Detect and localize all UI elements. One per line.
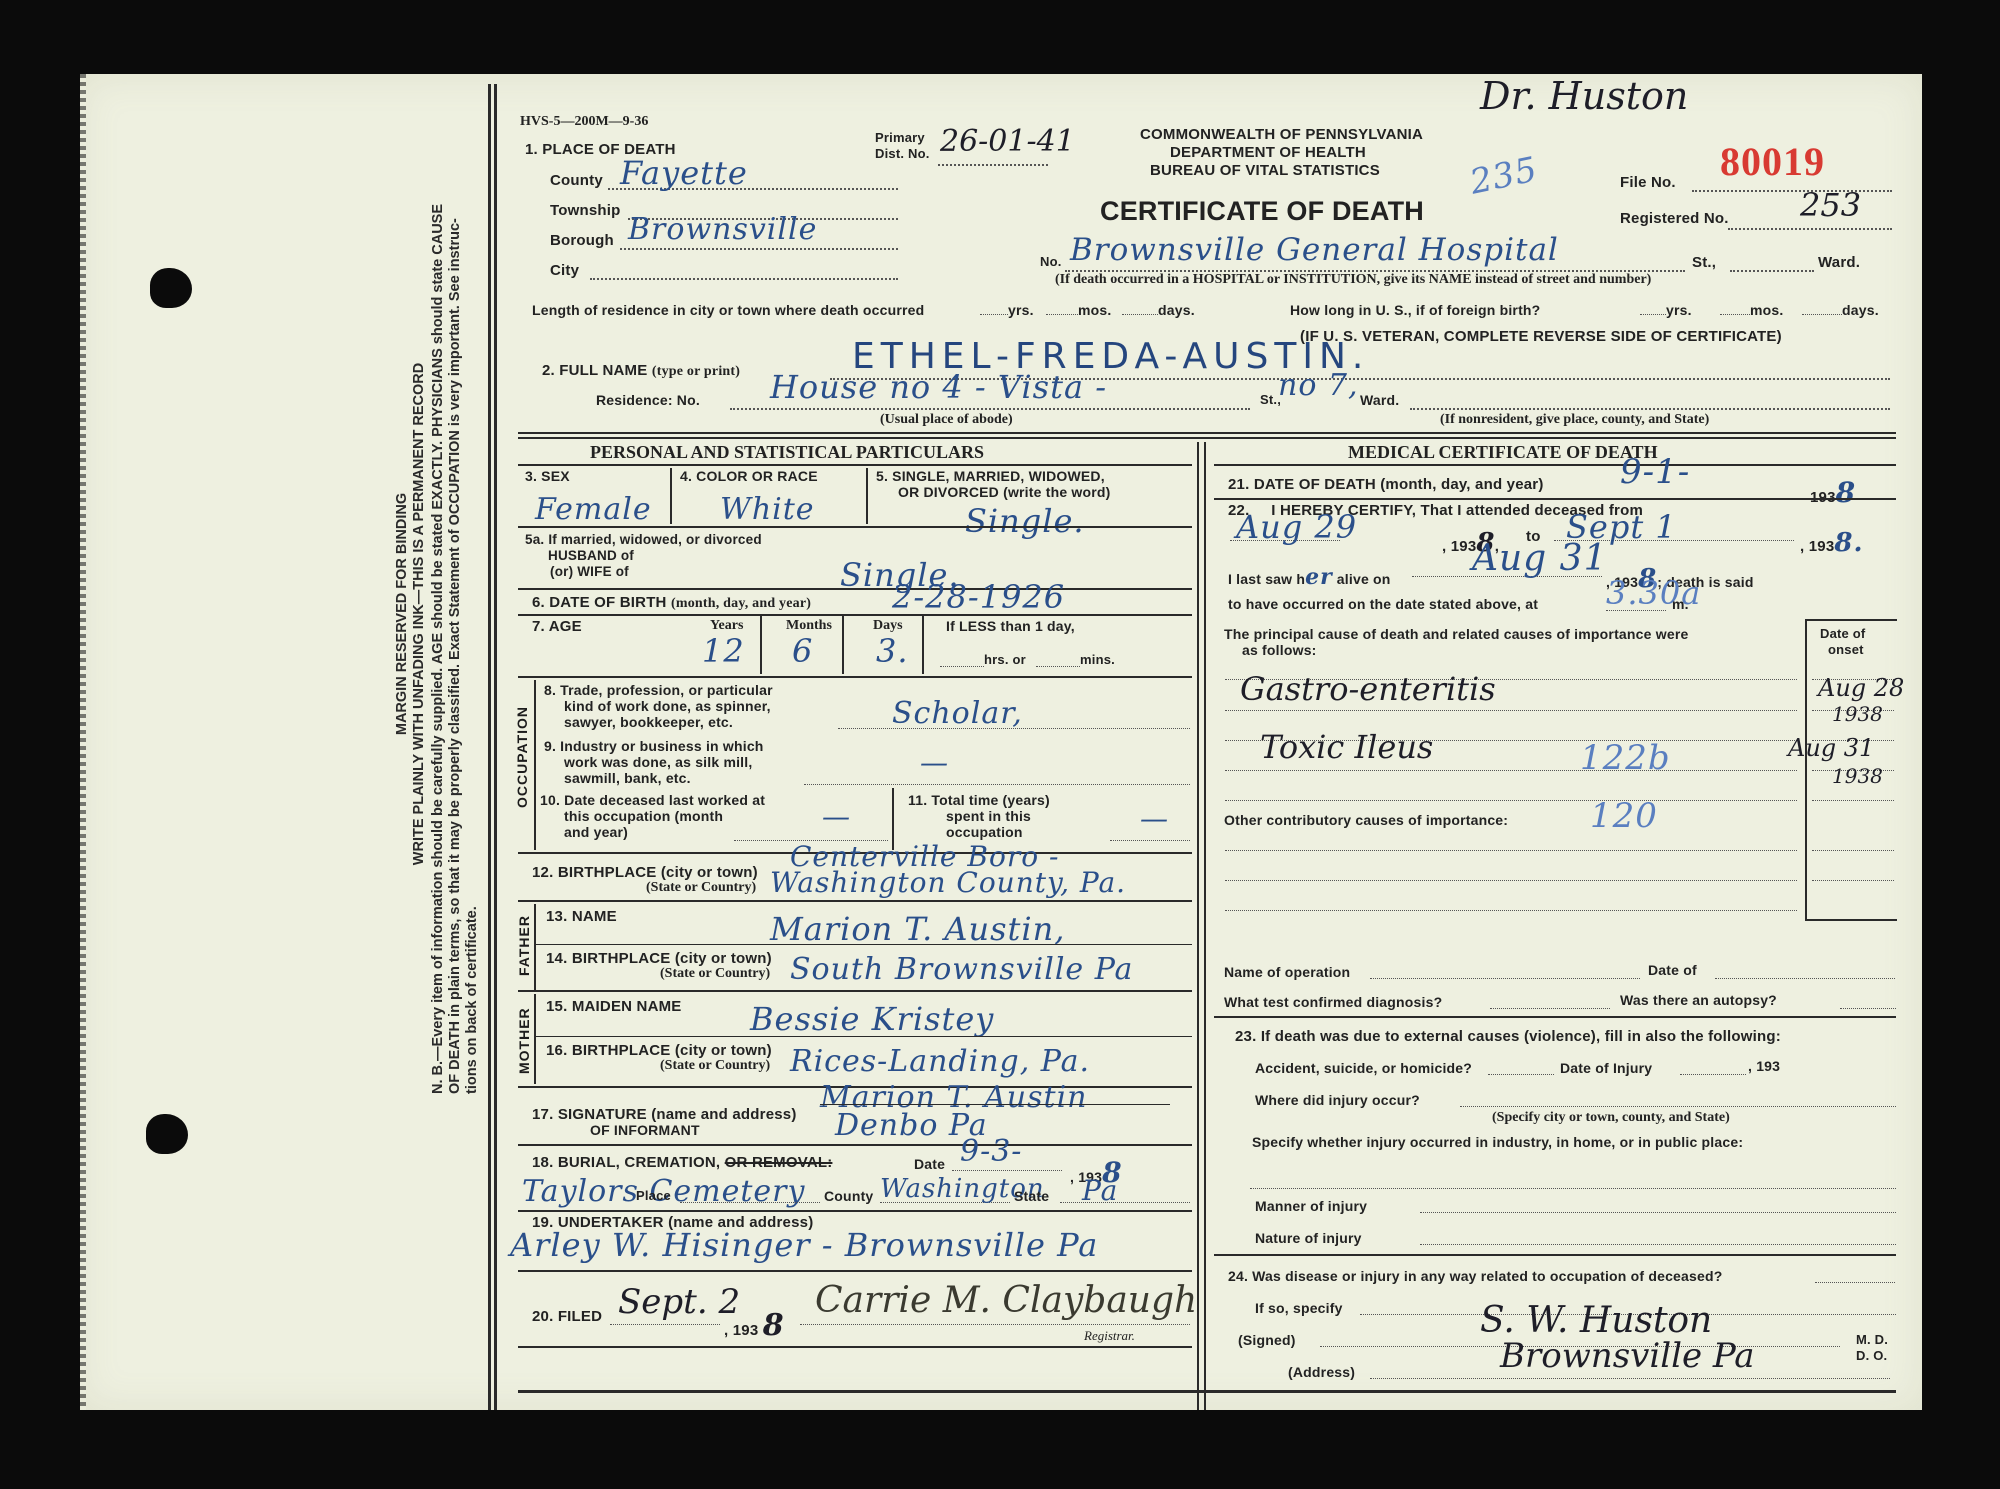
specify-place-label: Specify whether injury occurred in indus… <box>1252 1134 1743 1150</box>
burial-place-line <box>680 1202 820 1203</box>
autopsy-line <box>1840 1008 1896 1009</box>
do-label: D. O. <box>1856 1348 1887 1363</box>
registered-number: 253 <box>1800 186 1861 224</box>
margin-instructions: MARGIN RESERVED FOR BINDING WRITE PLAINL… <box>394 134 428 1094</box>
cause-code-1: 122b <box>1580 738 1671 778</box>
residence-st-value: no 7, <box>1278 368 1359 403</box>
father-name-label: 13. NAME <box>546 908 617 925</box>
institution-no-label: No. <box>1040 254 1062 269</box>
address-label: (Address) <box>1288 1364 1355 1380</box>
date-injury-line <box>1680 1074 1746 1075</box>
registrar-label: Registrar. <box>1084 1328 1135 1344</box>
filed-line <box>610 1324 720 1325</box>
cause-label-2: as follows: <box>1242 642 1317 658</box>
sex-value: Female <box>535 492 652 527</box>
length-yrs: yrs. <box>980 302 1034 318</box>
form-code: HVS-5—200M—9-36 <box>520 114 648 130</box>
occupation-side-rule <box>534 680 536 850</box>
spouse-label-2: HUSBAND of <box>548 548 634 563</box>
registrar-signature: Carrie M. Claybaugh <box>815 1280 1197 1321</box>
burial-label: 18. BURIAL, CREMATION, OR REMOVAL: <box>532 1154 832 1171</box>
operation-line <box>1370 978 1640 979</box>
age-months-value: 6 <box>792 632 813 670</box>
medical-heading: MEDICAL CERTIFICATE OF DEATH <box>1348 442 1658 463</box>
residence-ward-label: Ward. <box>1360 392 1399 408</box>
lastworked-label-3: and year) <box>564 824 628 840</box>
hrs-label: hrs. or <box>984 652 1026 667</box>
physician-signature: S. W. Huston <box>1480 1300 1712 1341</box>
operation-date-label: Date of <box>1648 962 1697 978</box>
institution-ward-line <box>1730 270 1814 272</box>
onset-line-6 <box>1812 850 1894 851</box>
burial-date-value: 9-3- <box>960 1134 1022 1169</box>
middle-divider-left <box>1197 442 1199 1410</box>
informant-sig-rule <box>820 1104 1170 1105</box>
abode-note: (Usual place of abode) <box>880 412 1013 428</box>
occupation-related-label: 24. Was disease or injury in any way rel… <box>1228 1268 1723 1284</box>
foreign-days: days. <box>1802 302 1879 318</box>
last-saw-label: I last saw her alive on <box>1228 564 1391 590</box>
burial-date-label: Date <box>914 1156 945 1172</box>
race-marital-divider <box>866 468 868 524</box>
veteran-note: (IF U. S. VETERAN, COMPLETE REVERSE SIDE… <box>1300 328 1782 345</box>
industry-label-2: work was done, as silk mill, <box>564 754 752 770</box>
foreign-birth-label: How long in U. S., if of foreign birth? <box>1290 302 1540 318</box>
father-bp-label-1: 14. BIRTHPLACE (city or town) <box>546 950 772 967</box>
sex-label: 3. SEX <box>525 468 570 484</box>
bottom-rule <box>518 1390 1896 1393</box>
date-injury-label: Date of Injury <box>1560 1060 1652 1076</box>
cause-line-8 <box>1225 910 1797 911</box>
industry-value: — <box>920 746 949 779</box>
burial-state-label: State <box>1014 1188 1049 1204</box>
spouse-label-1: 5a. If married, widowed, or divorced <box>525 532 762 547</box>
father-bp-value: South Brownsville Pa <box>790 952 1133 987</box>
informant-label-2: OF INFORMANT <box>590 1122 700 1138</box>
operation-date-line <box>1715 978 1895 979</box>
death-certificate-paper: MARGIN RESERVED FOR BINDING WRITE PLAINL… <box>80 74 1922 1410</box>
last-saw-date: Aug 31 <box>1472 538 1607 579</box>
sex-race-divider <box>670 468 672 524</box>
personal-heading: PERSONAL AND STATISTICAL PARTICULARS <box>590 442 984 463</box>
file-number: 80019 <box>1720 138 1825 185</box>
registered-no-line <box>1728 228 1892 230</box>
row5a-rule <box>518 588 1192 590</box>
header-commonwealth: COMMONWEALTH OF PENNSYLVANIA <box>1140 126 1423 143</box>
cause-2: Toxic Ileus <box>1260 728 1433 766</box>
age-label: 7. AGE <box>532 618 582 635</box>
medical-heading-rule <box>1214 464 1896 466</box>
dist-no-line <box>938 164 1048 166</box>
burial-rule <box>518 1210 1192 1212</box>
father-name-rule <box>536 944 1192 945</box>
borough-value: Brownsville <box>628 212 817 247</box>
residence-label: Residence: No. <box>596 392 700 408</box>
industry-label-1: 9. Industry or business in which <box>544 738 764 754</box>
section-rule-top-2 <box>518 437 1896 439</box>
where-label: Where did injury occur? <box>1255 1092 1420 1108</box>
dist-no-value: 26-01-41 <box>940 124 1075 159</box>
onset-box-top <box>1805 619 1897 621</box>
accident-line <box>1488 1074 1554 1075</box>
institution-note: (If death occurred in a HOSPITAL or INST… <box>1055 272 1651 288</box>
dist-no-label: Dist. No. <box>875 146 930 161</box>
borough-label: Borough <box>550 232 614 249</box>
nature-label: Nature of injury <box>1255 1230 1362 1246</box>
county-value: Fayette <box>620 154 748 192</box>
informant-label-1: 17. SIGNATURE (name and address) <box>532 1106 797 1123</box>
nature-line <box>1420 1244 1896 1245</box>
where-line <box>1460 1106 1896 1107</box>
residence-ward-line <box>1410 408 1890 410</box>
foreign-mos: mos. <box>1720 302 1783 318</box>
institution-ward-label: Ward. <box>1818 254 1860 271</box>
if-so-label: If so, specify <box>1255 1300 1343 1316</box>
less-than-day-label: If LESS than 1 day, <box>946 618 1075 634</box>
attend-to-year: , 1938. <box>1800 528 1864 558</box>
mother-name-rule <box>536 1036 1192 1037</box>
marital-value: Single. <box>965 502 1085 540</box>
other-causes-label: Other contributory causes of importance: <box>1224 812 1508 828</box>
mins-label: mins. <box>1080 652 1115 667</box>
mother-name-label: 15. MAIDEN NAME <box>546 998 682 1015</box>
length-mos: mos. <box>1046 302 1111 318</box>
accident-label: Accident, suicide, or homicide? <box>1255 1060 1472 1076</box>
onset-label-1: Date of <box>1820 626 1865 641</box>
physician-address: Brownsville Pa <box>1500 1336 1755 1376</box>
cause-line-7 <box>1225 880 1797 881</box>
occupation-side-label: OCCUPATION <box>514 706 530 808</box>
onset-line-7 <box>1812 880 1894 881</box>
margin-nb-text: N. B.—Every item of information should b… <box>430 134 481 1094</box>
residence-line <box>730 408 1250 410</box>
occurred-label: to have occurred on the date stated abov… <box>1228 596 1538 612</box>
undertaker-value: Arley W. Hisinger - Brownsville Pa <box>510 1226 1098 1264</box>
undertaker-rule <box>518 1270 1192 1272</box>
length-days: days. <box>1122 302 1195 318</box>
binding-rule <box>488 84 491 1410</box>
totaltime-label-3: occupation <box>946 824 1023 840</box>
header-department: DEPARTMENT OF HEALTH <box>1170 144 1366 161</box>
totaltime-line <box>1110 840 1190 841</box>
burial-date-line <box>952 1170 1062 1171</box>
attend-from-value: Aug 29 <box>1236 508 1357 546</box>
dod-year: 1938 <box>1810 476 1856 509</box>
mother-name-value: Bessie Kristey <box>750 1000 994 1038</box>
cause-code-2: 120 <box>1590 796 1658 836</box>
cause-label-1: The principal cause of death and related… <box>1224 626 1688 642</box>
dod-value: 9-1- <box>1620 452 1690 492</box>
city-label: City <box>550 262 579 279</box>
specify-place-line <box>1250 1188 1896 1189</box>
onset-label-2: onset <box>1828 642 1864 657</box>
length-residence-label: Length of residence in city or town wher… <box>532 302 924 318</box>
file-no-label: File No. <box>1620 174 1676 191</box>
date-injury-year: , 193 <box>1748 1058 1780 1074</box>
burial-state-value: Pa <box>1082 1174 1118 1207</box>
personal-heading-rule <box>518 464 1192 466</box>
foreign-yrs: yrs. <box>1640 302 1692 318</box>
time-suffix: m. <box>1672 596 1689 612</box>
institution-st-label: St., <box>1692 254 1716 271</box>
trade-label-3: sawyer, bookkeeper, etc. <box>564 714 733 730</box>
filed-date: Sept. 2 <box>618 1282 740 1322</box>
row7-rule <box>518 676 1192 678</box>
filed-year: , 193 8 <box>724 1308 784 1343</box>
mins-line <box>1036 666 1080 667</box>
manner-label: Manner of injury <box>1255 1198 1367 1214</box>
binding-rule-inner <box>494 84 497 1410</box>
onset-2: Aug 31 <box>1788 734 1874 762</box>
margin-nb-line2: OF DEATH in plain terms, so that it may … <box>447 134 464 1094</box>
birthplace-label-1: 12. BIRTHPLACE (city or town) <box>532 864 758 881</box>
cause-line-2 <box>1225 710 1797 711</box>
cause-line-4 <box>1225 770 1797 771</box>
onset-1-year: 1938 <box>1832 702 1883 726</box>
residence-value: House no 4 - Vista - <box>770 368 1107 406</box>
occupation-related-line <box>1815 1282 1895 1283</box>
age-days-divider <box>922 616 924 674</box>
trade-label-1: 8. Trade, profession, or particular <box>544 682 773 698</box>
lastworked-label-2: this occupation (month <box>564 808 723 824</box>
mother-bp-label-2: (State or Country) <box>660 1058 770 1074</box>
totaltime-label-1: 11. Total time (years) <box>908 792 1050 808</box>
birthplace-rule <box>518 900 1192 902</box>
burial-state-line <box>1060 1202 1190 1203</box>
cause-1: Gastro-enteritis <box>1240 670 1496 708</box>
mother-bp-value: Rices-Landing, Pa. <box>790 1044 1090 1079</box>
signed-label: (Signed) <box>1238 1332 1296 1348</box>
header-bureau: BUREAU OF VITAL STATISTICS <box>1150 162 1380 179</box>
industry-line <box>804 784 1190 785</box>
city-line <box>590 278 898 280</box>
informant-rule <box>518 1144 1192 1146</box>
manner-line <box>1420 1212 1896 1213</box>
onset-1: Aug 28 <box>1818 674 1904 702</box>
cause-line-5 <box>1225 800 1797 801</box>
where-note: (Specify city or town, county, and State… <box>1492 1110 1730 1126</box>
lastworked-value: — <box>822 800 851 833</box>
spouse-label-3: (or) WIFE of <box>550 564 629 579</box>
trade-value: Scholar, <box>892 696 1023 731</box>
hrs-line <box>940 666 984 667</box>
nonresident-note: (If nonresident, give place, county, and… <box>1440 412 1709 428</box>
burial-place-label: Place <box>636 1188 671 1203</box>
registrar-line <box>800 1324 1190 1325</box>
township-label: Township <box>550 202 620 219</box>
father-side-rule <box>534 904 536 990</box>
totaltime-label-2: spent in this <box>946 808 1031 824</box>
dob-label: 6. DATE OF BIRTH (month, day, and year) <box>532 594 811 612</box>
margin-ink-note: WRITE PLAINLY WITH UNFADING INK—THIS IS … <box>411 134 428 1094</box>
race-value: White <box>720 492 815 527</box>
test-line <box>1490 1008 1610 1009</box>
age-years-divider <box>760 616 762 674</box>
institution-value: Brownsville General Hospital <box>1070 232 1559 268</box>
totaltime-value: — <box>1140 802 1169 835</box>
operation-label: Name of operation <box>1224 964 1350 980</box>
age-years-value: 12 <box>702 632 745 670</box>
county-label: County <box>550 172 603 189</box>
race-label: 4. COLOR OR RACE <box>680 468 818 484</box>
dod-rule <box>1214 498 1896 500</box>
father-bp-label-2: (State or Country) <box>660 966 770 982</box>
father-name-value: Marion T. Austin, <box>770 910 1065 948</box>
dob-value: 2-28-1926 <box>892 578 1065 616</box>
annotation-dr-huston: Dr. Huston <box>1480 74 1688 118</box>
father-side-label: FATHER <box>516 915 532 976</box>
onset-line-5 <box>1812 800 1894 801</box>
external-label: 23. If death was due to external causes … <box>1235 1028 1781 1045</box>
filed-label: 20. FILED <box>532 1308 602 1325</box>
margin-nb-line3: tions on back of certificate. <box>464 134 481 1094</box>
external-rule <box>1214 1254 1896 1256</box>
full-name-label: 2. FULL NAME (type or print) <box>542 362 740 380</box>
onset-2-year: 1938 <box>1832 764 1883 788</box>
borough-line <box>620 248 898 250</box>
mother-side-rule <box>534 994 536 1084</box>
dod-label: 21. DATE OF DEATH (month, day, and year) <box>1228 476 1544 493</box>
registered-no-label: Registered No. <box>1620 210 1729 227</box>
mother-bp-label-1: 16. BIRTHPLACE (city or town) <box>546 1042 772 1059</box>
birthplace-label-2: (State or Country) <box>646 880 756 896</box>
onset-box-left <box>1805 619 1807 919</box>
burial-county-label: County <box>824 1188 873 1204</box>
birthplace-value-2: Washington County, Pa. <box>770 866 1126 899</box>
marital-label-2: OR DIVORCED (write the word) <box>898 484 1111 500</box>
test-label: What test confirmed diagnosis? <box>1224 994 1442 1010</box>
binding-hole-top <box>150 268 192 308</box>
father-rule <box>518 990 1192 992</box>
primary-label: Primary <box>875 130 925 145</box>
row6-rule <box>518 614 1192 616</box>
left-bottom-rule <box>518 1346 1192 1348</box>
cause-line-6 <box>1225 850 1797 851</box>
annotation-number: 235 <box>1467 149 1542 202</box>
autopsy-label: Was there an autopsy? <box>1620 992 1777 1008</box>
margin-nb-line1: N. B.—Every item of information should b… <box>430 134 447 1094</box>
middle-divider-right <box>1204 442 1206 1410</box>
trade-label-2: kind of work done, as spinner, <box>564 698 771 714</box>
age-months-divider <box>842 616 844 674</box>
mother-side-label: MOTHER <box>516 1007 532 1074</box>
operation-rule <box>1214 1016 1896 1018</box>
onset-box-bottom <box>1805 919 1897 921</box>
md-label: M. D. <box>1856 1332 1888 1347</box>
age-days-value: 3. <box>876 632 909 670</box>
marital-label: 5. SINGLE, MARRIED, WIDOWED, <box>876 468 1105 484</box>
section-rule-top <box>518 432 1896 434</box>
address-line <box>1370 1378 1890 1379</box>
file-no-line <box>1692 190 1892 192</box>
industry-label-3: sawmill, bank, etc. <box>564 770 691 786</box>
margin-binding-note: MARGIN RESERVED FOR BINDING <box>394 134 411 1094</box>
row3-rule <box>518 526 1192 528</box>
binding-hole-bottom <box>146 1114 188 1154</box>
lastworked-label-1: 10. Date deceased last worked at <box>540 792 765 808</box>
certificate-title: CERTIFICATE OF DEATH <box>1100 196 1424 227</box>
